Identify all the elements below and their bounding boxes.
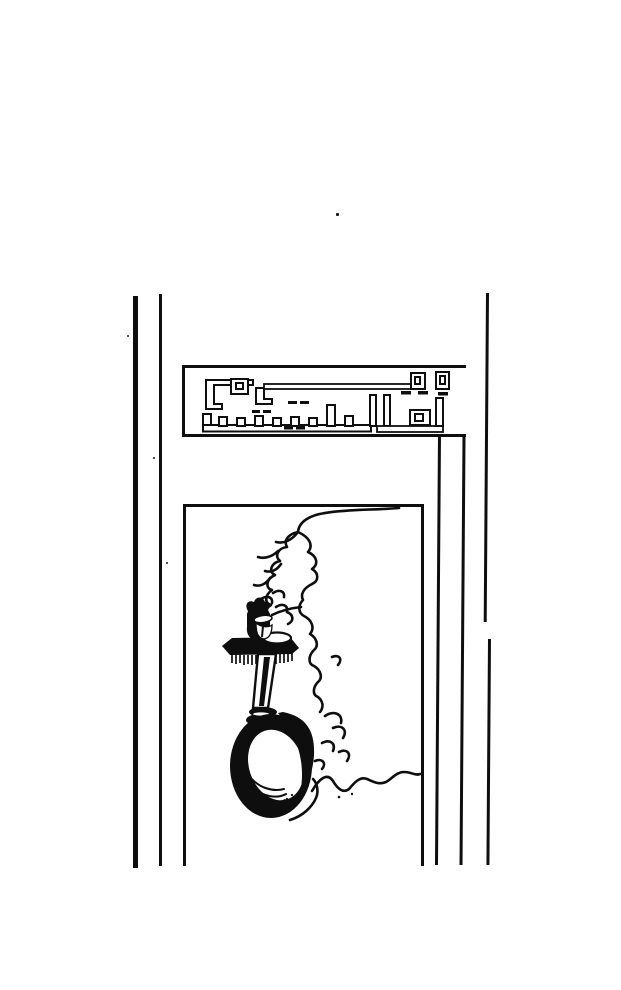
right-middle-rule [460,366,466,865]
kufic-calligraphy [185,368,463,434]
incense-burner-illustration [186,507,421,863]
scan-speck [336,213,339,216]
right-outer-rule-upper [484,293,489,622]
scanned-page [0,0,621,990]
kufic-bottom-right-glyphs [370,395,443,432]
scan-speck [166,562,168,564]
right-inner-rule [435,434,441,865]
right-outer-rule-lower [486,639,491,865]
scan-speck [153,457,155,459]
kufic-top-left-glyph [206,379,253,409]
left-inner-rule [159,294,162,866]
kufic-bottom-word [203,401,371,432]
burner-stem [253,654,276,708]
burner-pot [230,709,324,818]
calligraphy-panel [182,365,466,437]
scan-speck [127,335,129,337]
illustration-frame [183,504,424,866]
left-outer-rule [133,296,138,868]
